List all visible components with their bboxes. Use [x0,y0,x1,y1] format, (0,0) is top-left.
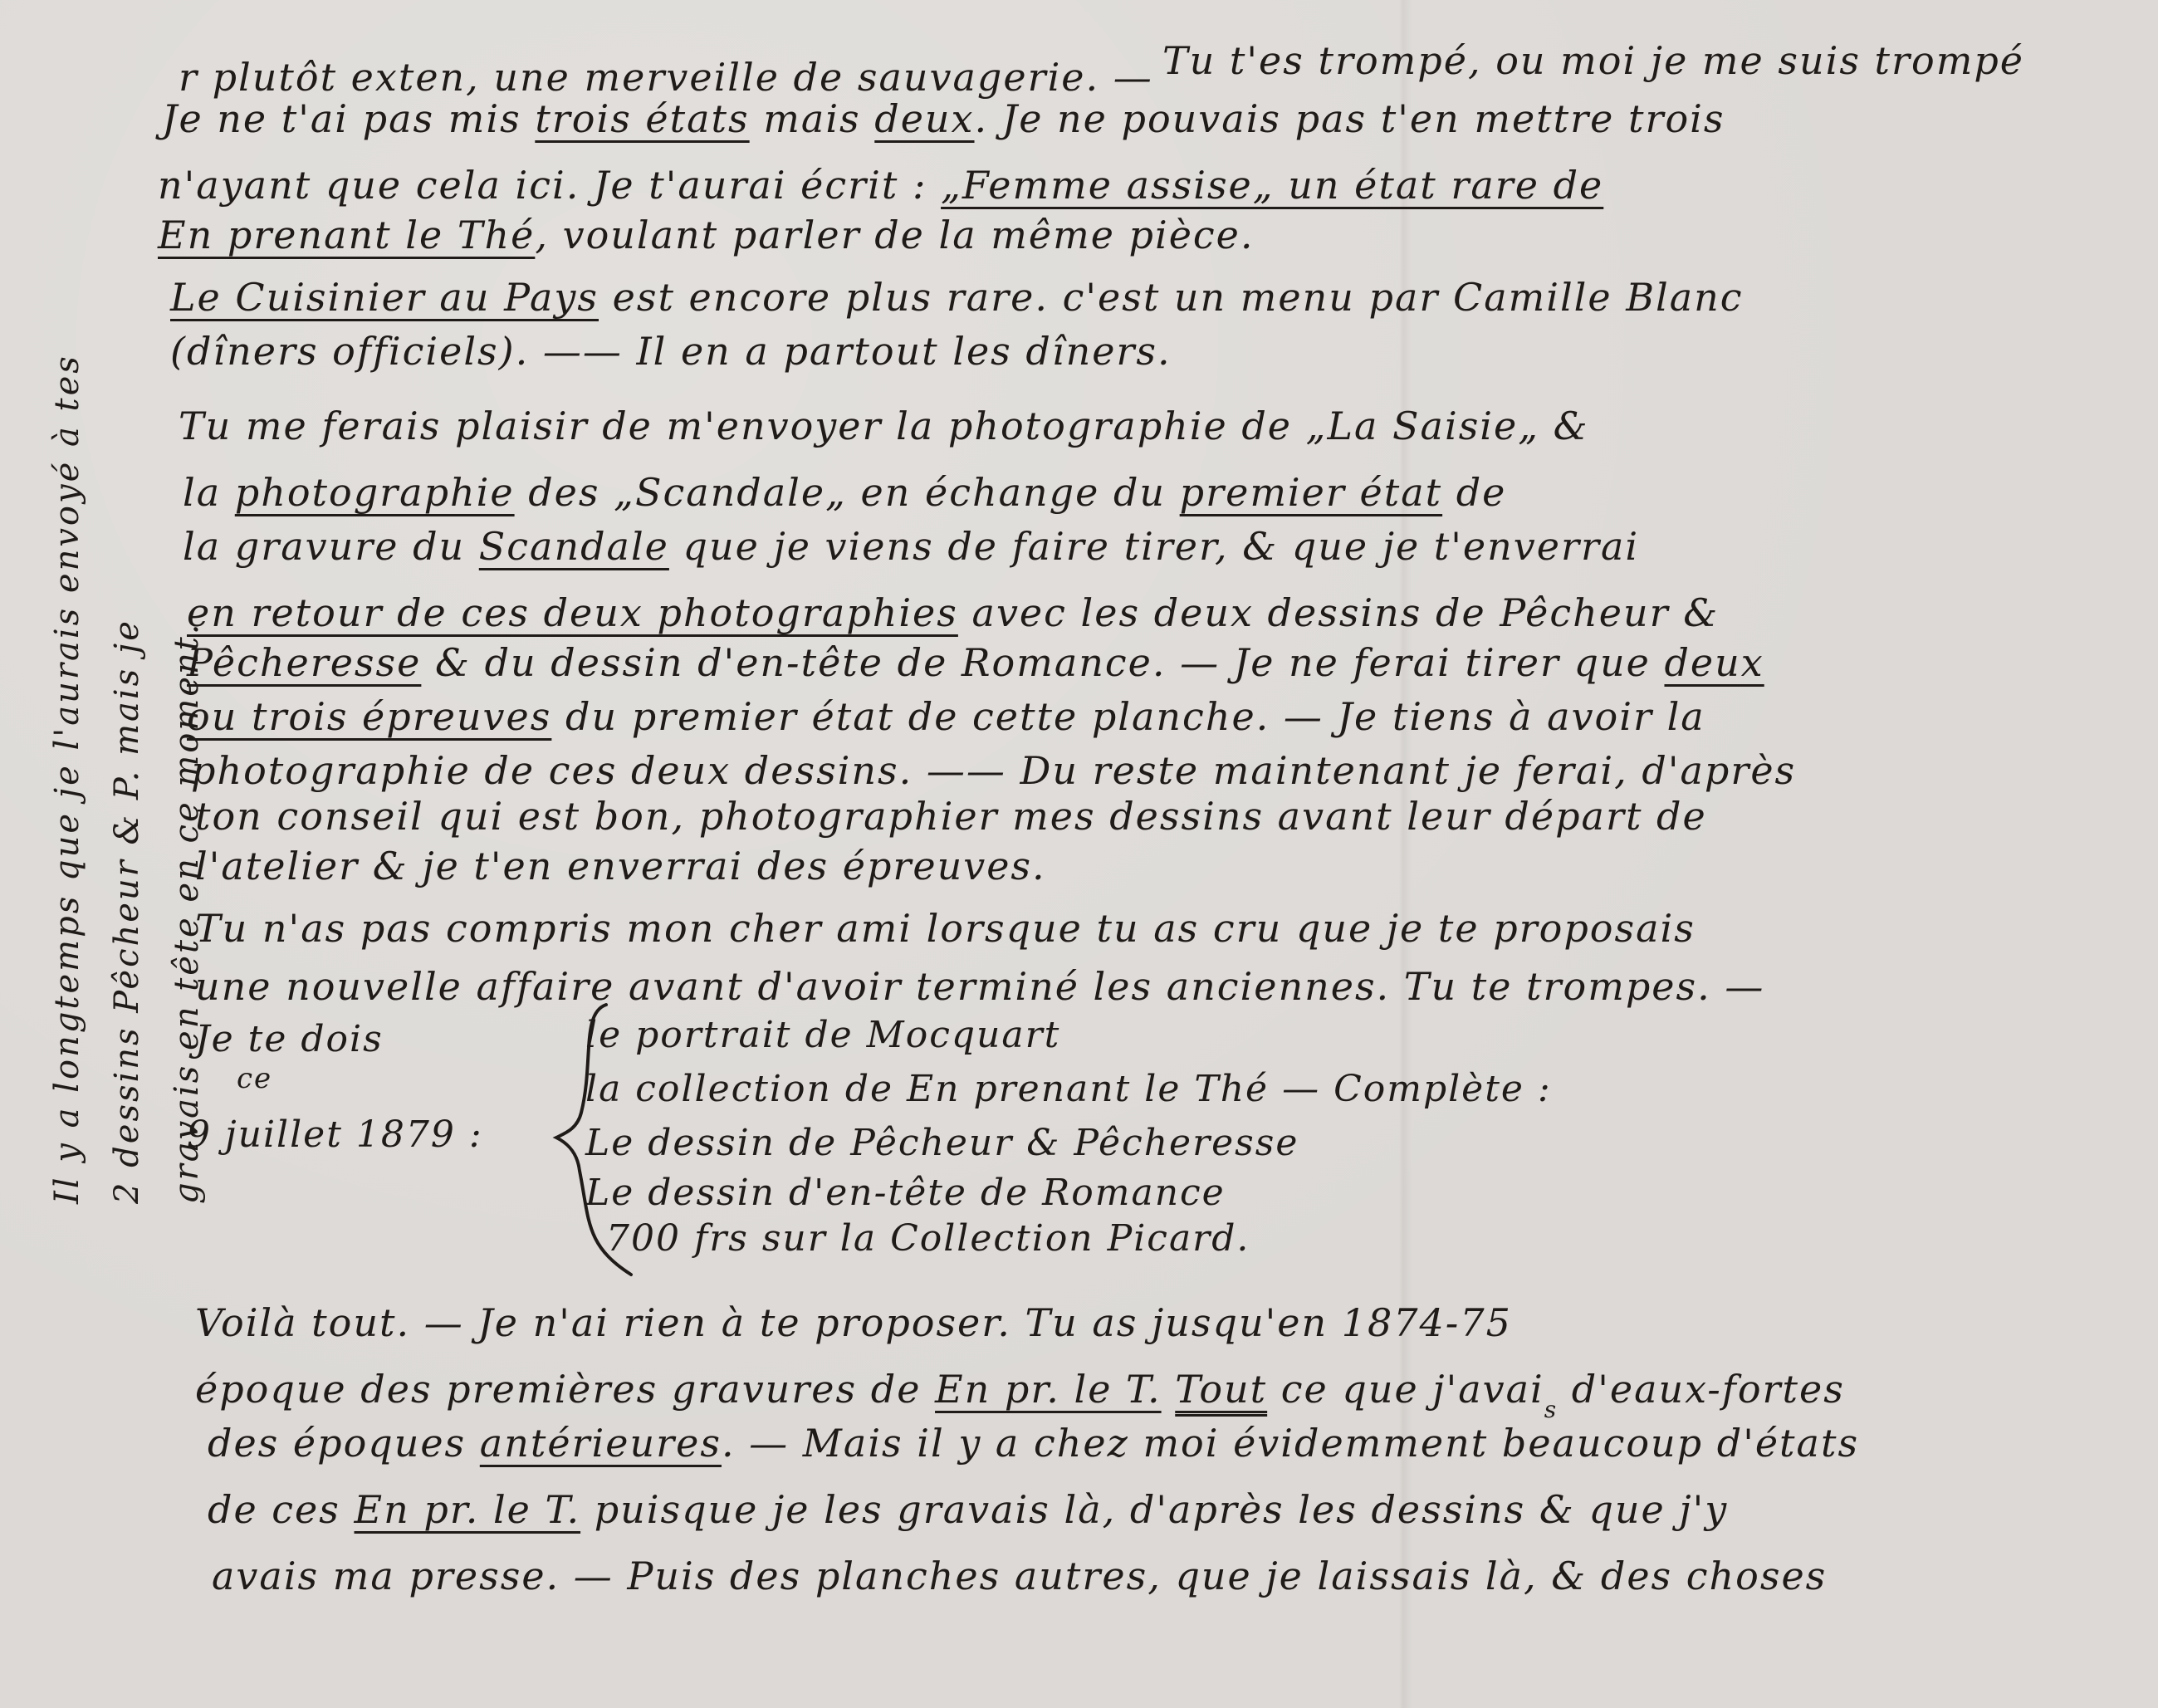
text: Tu n'as pas compris mon cher ami lorsque… [195,906,1696,951]
text: époque des premières gravures de [195,1367,935,1412]
letter-line: Pêcheresse & du dessin d'en-tête de Roma… [187,644,1764,682]
margin-note-line: 2 dessins Pêcheur & P. mais je [97,354,157,1204]
underlined-text: Le Cuisinier au Pays [170,275,599,320]
text: puisque je les gravais là, d'après les d… [580,1487,1728,1532]
text: ce que j'avai [1267,1367,1544,1412]
text: ce [237,1062,272,1095]
letter-line: Le Cuisinier au Pays est encore plus rar… [170,278,1744,316]
letter-line: ton conseil qui est bon, photographier m… [195,797,1707,835]
text: Le dessin d'en-tête de Romance [585,1172,1226,1214]
text: 700 frs sur la Collection Picard. [606,1217,1250,1260]
debt-date: 9 juillet 1879 : [187,1117,483,1153]
date-text: 9 juillet 1879 : [187,1113,483,1156]
underlined-text: Pêcheresse [187,640,421,685]
text: r plutôt exten, une merveille de sauvage… [179,55,1153,100]
text: Le dessin de Pêcheur & Pêcheresse [585,1122,1299,1164]
letter-line: des époques antérieures. — Mais il y a c… [208,1424,1859,1462]
debt-intro: Je te dois [195,1021,384,1058]
letter-line: avais ma presse. — Puis des planches aut… [212,1557,1827,1595]
text: de ces [208,1487,355,1532]
text: . — Mais il y a chez moi évidemment beau… [722,1421,1859,1466]
text: la collection de En prenant le Thé — Com… [585,1068,1552,1110]
text: des „Scandale„ en échange du [515,470,1180,515]
text: des époques [208,1421,480,1466]
debt-item: Le dessin de Pêcheur & Pêcheresse [585,1125,1299,1162]
inserted-text: s [1544,1396,1558,1423]
underlined-text: deux [1664,640,1764,685]
text: est encore plus rare. c'est un menu par … [599,275,1744,320]
letter-line: Tu t'es trompé, ou moi je me suis trompé [1162,42,2024,80]
letter-line: En prenant le Thé, voulant parler de la … [158,216,1255,254]
text: photographie de ces deux dessins. —— Du … [191,748,1796,793]
text: avais ma presse. — Puis des planches aut… [212,1554,1827,1598]
letter-line: Tu n'as pas compris mon cher ami lorsque… [195,909,1696,947]
underlined-text: trois états [535,96,749,141]
letter-line: la photographie des „Scandale„ en échang… [183,473,1506,511]
letter-line: (dîners officiels). —— Il en a partout l… [170,332,1172,370]
letter-line: époque des premières gravures de En pr. … [195,1370,1845,1422]
underlined-text: antérieures [480,1421,722,1466]
debt-intro: ce [237,1064,272,1093]
text: que je viens de faire tirer, & que je t'… [669,524,1639,569]
text [1162,1367,1176,1412]
underlined-text: „Femme assise„ un état rare de [941,163,1603,208]
text: mais [750,96,875,141]
text: Voilà tout. — Je n'ai rien à te proposer… [195,1300,1512,1345]
letter-line: l'atelier & je t'en enverrai des épreuve… [195,847,1046,885]
letter-line: photographie de ces deux dessins. —— Du … [191,751,1796,790]
text: Tu t'es trompé, ou moi je me suis trompé [1162,38,2024,83]
underlined-text: ou trois épreuves [187,694,551,739]
letter-line: Tu me ferais plaisir de m'envoyer la pho… [179,407,1589,445]
letter-line: en retour de ces deux photographies avec… [187,594,1719,632]
underlined-text: deux [874,96,974,141]
text: , voulant parler de la même pièce. [535,213,1254,257]
debt-item: 700 frs sur la Collection Picard. [606,1221,1250,1257]
letter-line: la gravure du Scandale que je viens de f… [183,527,1639,565]
letter-page: r plutôt exten, une merveille de sauvage… [0,0,2158,1708]
underlined-text: premier état [1180,470,1442,515]
letter-line: n'ayant que cela ici. Je t'aurai écrit :… [158,166,1603,204]
debt-item: Le dessin d'en-tête de Romance [585,1175,1226,1211]
underlined-text: En prenant le Thé [158,213,535,257]
debt-item: le portrait de Mocquart [585,1017,1060,1054]
letter-line: Voilà tout. — Je n'ai rien à te proposer… [195,1304,1512,1342]
debt-item: la collection de En prenant le Thé — Com… [585,1071,1552,1108]
letter-line: ou trois épreuves du premier état de cet… [187,697,1705,736]
text: Tu me ferais plaisir de m'envoyer la pho… [179,404,1589,448]
underlined-text: En pr. le T. [355,1487,581,1532]
double-underlined-text: Tout [1175,1367,1267,1412]
text: l'atelier & je t'en enverrai des épreuve… [195,844,1046,888]
text: Je te dois [195,1018,384,1060]
underlined-text: photographie [235,470,515,515]
text: d'eaux-fortes [1558,1367,1845,1412]
text: le portrait de Mocquart [585,1014,1060,1056]
margin-note-line: gravais en tête en ce moment. [157,354,217,1204]
text: la gravure du [183,524,479,569]
text: Je ne t'ai pas mis [162,96,535,141]
text: de [1442,470,1506,515]
margin-note: Il y a longtemps que je l'aurais envoyé … [37,354,217,1204]
letter-line: r plutôt exten, une merveille de sauvage… [179,58,1153,96]
underlined-text: en retour de ces deux photographies [187,590,958,635]
text: & du dessin d'en-tête de Romance. — Je n… [421,640,1664,685]
text: n'ayant que cela ici. Je t'aurai écrit : [158,163,941,208]
letter-line: une nouvelle affaire avant d'avoir termi… [195,967,1764,1006]
text: . Je ne pouvais pas t'en mettre trois [975,96,1725,141]
text: avec les deux dessins de Pêcheur & [958,590,1719,635]
margin-note-line: Il y a longtemps que je l'aurais envoyé … [37,354,97,1204]
text: une nouvelle affaire avant d'avoir termi… [195,964,1764,1009]
text: (dîners officiels). —— Il en a partout l… [170,329,1172,374]
underlined-text: En pr. le T. [935,1367,1162,1412]
letter-line: Je ne t'ai pas mis trois états mais deux… [162,100,1725,138]
underlined-text: Scandale [479,524,669,569]
letter-line: de ces En pr. le T. puisque je les grava… [208,1490,1728,1529]
text: ton conseil qui est bon, photographier m… [195,794,1707,839]
text: du premier état de cette planche. — Je t… [551,694,1705,739]
